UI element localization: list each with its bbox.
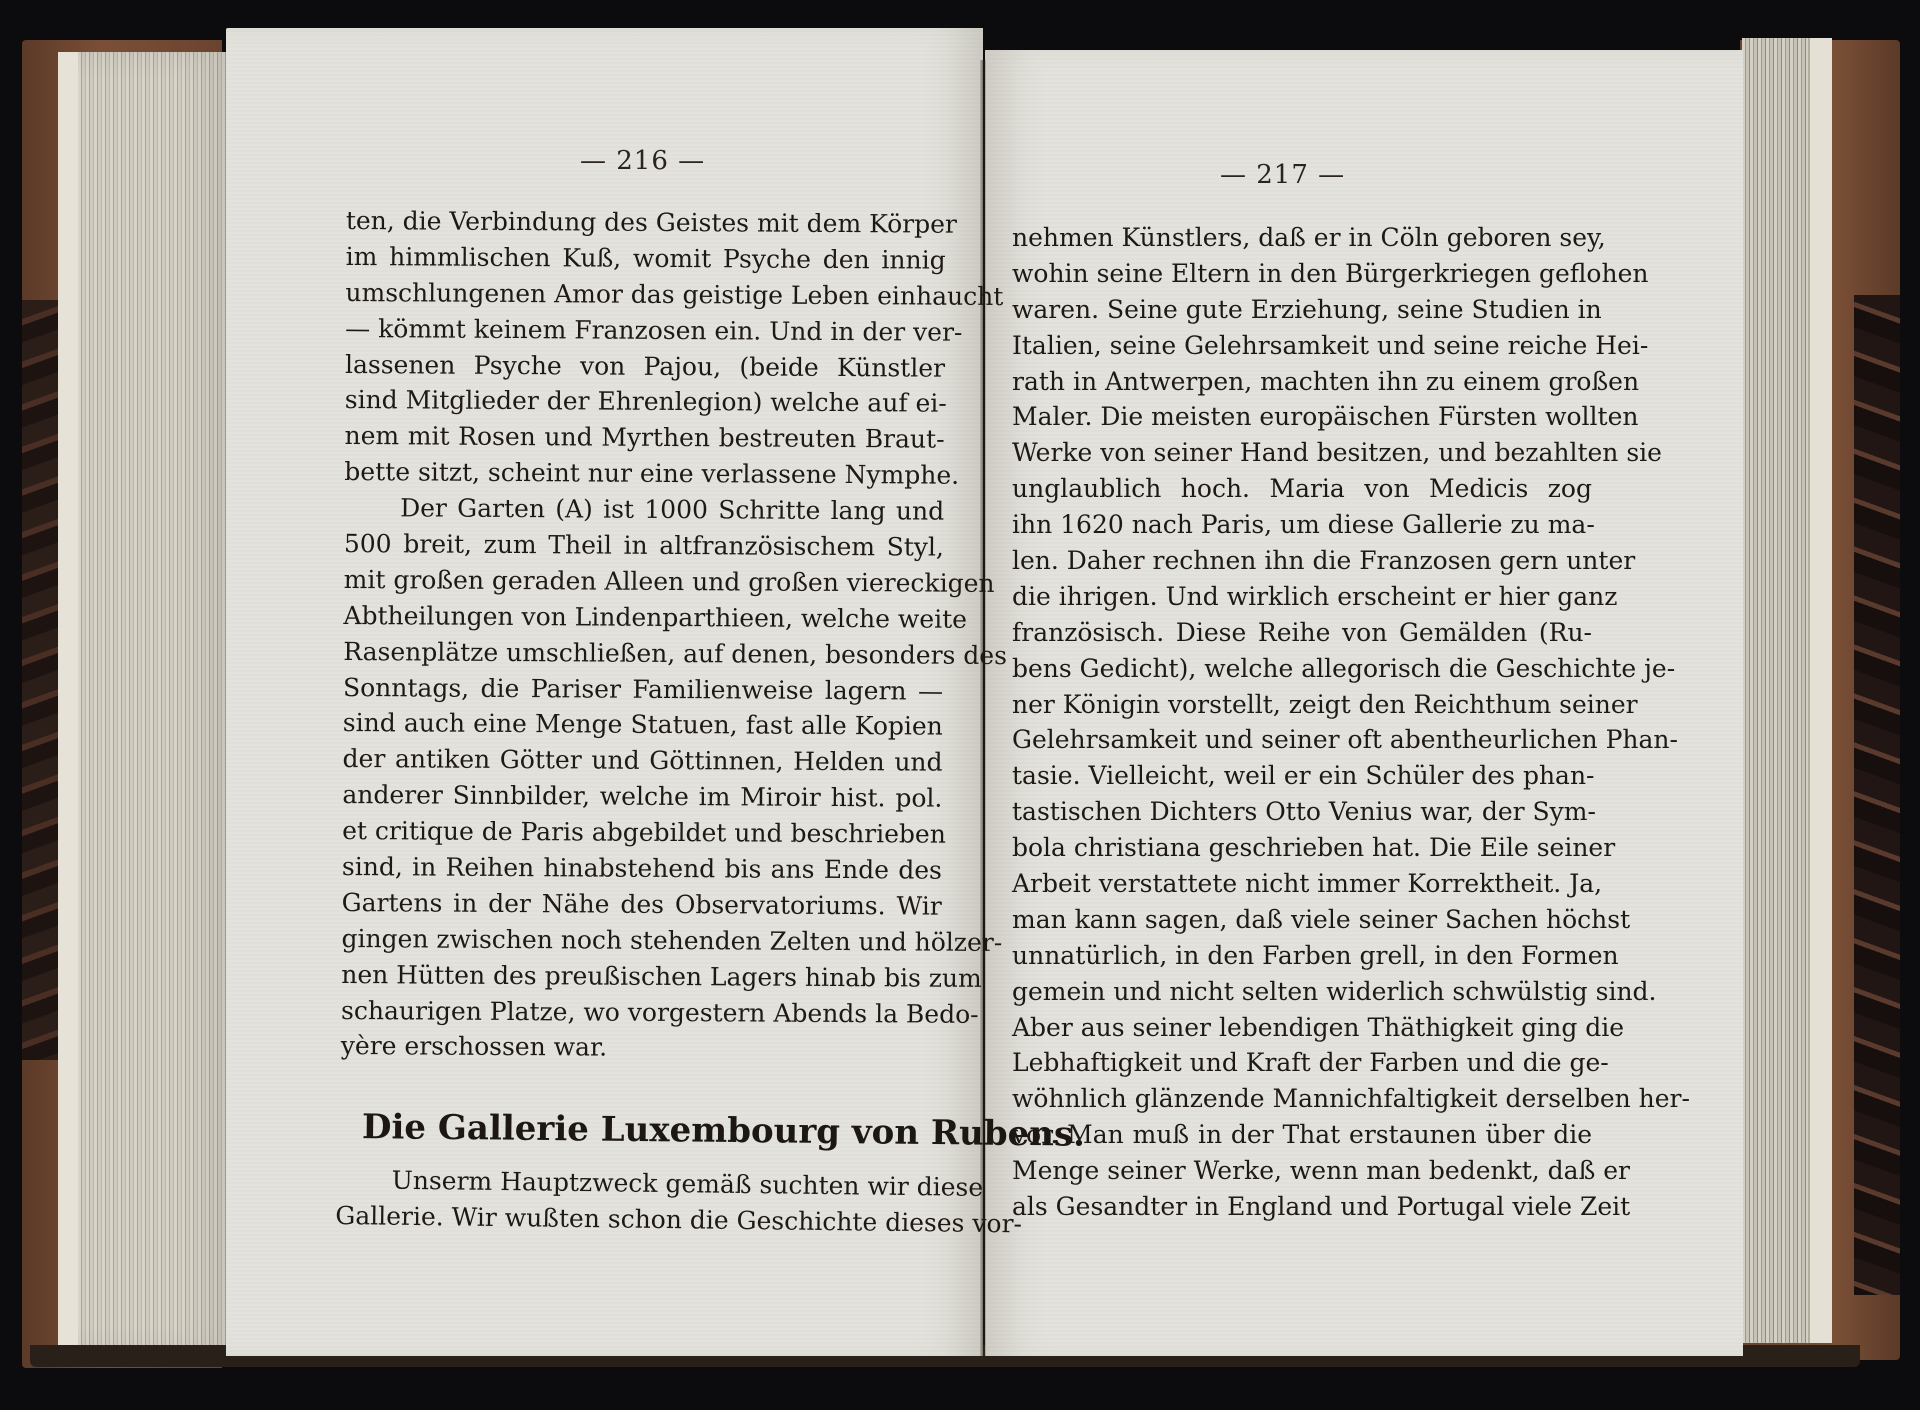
- text-line: bola christiana geschrieben hat. Die Eil…: [1012, 830, 1592, 866]
- text-line: ihn 1620 nach Paris, um diese Gallerie z…: [1012, 507, 1592, 543]
- text-line: anderer Sinnbilder, welche im Miroir his…: [342, 777, 942, 817]
- text-line: wöhnlich glänzende Mannichfaltigkeit der…: [1012, 1081, 1592, 1117]
- text-line: nem mit Rosen und Myrthen bestreuten Bra…: [344, 418, 944, 458]
- text-line: Werke von seiner Hand besitzen, und beza…: [1012, 435, 1592, 471]
- text-line: Arbeit verstattete nicht immer Korrekthe…: [1012, 866, 1592, 902]
- text-line: Italien, seine Gelehrsamkeit und seine r…: [1012, 328, 1592, 364]
- text-line: ten, die Verbindung des Geistes mit dem …: [346, 203, 946, 243]
- text-line: der antiken Götter und Göttinnen, Helden…: [342, 741, 942, 781]
- text-line: man kann sagen, daß viele seiner Sachen …: [1012, 902, 1592, 938]
- text-line: yère erschossen war.: [341, 1028, 941, 1068]
- left-flyleaf: [58, 52, 78, 1352]
- text-line: die ihrigen. Und wirklich erscheint er h…: [1012, 579, 1592, 615]
- left-page-body: ten, die Verbindung des Geistes mit dem …: [341, 203, 946, 1068]
- page-number-right: — 217 —: [1220, 160, 1345, 190]
- text-line: wohin seine Eltern in den Bürgerkriegen …: [1012, 256, 1592, 292]
- text-line: Menge seiner Werke, wenn man bedenkt, da…: [1012, 1153, 1592, 1189]
- text-line: lassenen Psyche von Pajou, (beide Künstl…: [345, 347, 945, 387]
- text-line: bens Gedicht), welche allegorisch die Ge…: [1012, 651, 1592, 687]
- text-line: unglaublich hoch. Maria von Medicis zog: [1012, 471, 1592, 507]
- text-line: im himmlischen Kuß, womit Psyche den inn…: [346, 239, 946, 279]
- text-line: 500 breit, zum Theil in altfranzösischem…: [344, 526, 944, 566]
- section-body: Unserm Hauptzweck gemäß suchten wir dies…: [335, 1162, 926, 1241]
- gutter: [980, 60, 986, 1356]
- text-line: umschlungenen Amor das geistige Leben ei…: [345, 275, 945, 315]
- text-line: unnatürlich, in den Farben grell, in den…: [1012, 938, 1592, 974]
- left-page-stack: [58, 52, 228, 1352]
- text-line: bette sitzt, scheint nur eine verlassene…: [344, 454, 944, 494]
- section-heading: Die Gallerie Luxembourg von Rubens.: [362, 1107, 922, 1153]
- text-line: tasie. Vielleicht, weil er ein Schüler d…: [1012, 758, 1592, 794]
- text-line: Der Garten (A) ist 1000 Schritte lang un…: [344, 490, 944, 530]
- page-number-left: — 216 —: [580, 146, 705, 176]
- right-page-body: nehmen Künstlers, daß er in Cöln geboren…: [1012, 220, 1592, 1225]
- text-line: sind Mitglieder der Ehrenlegion) welche …: [345, 382, 945, 422]
- text-line: Maler. Die meisten europäischen Fürsten …: [1012, 399, 1592, 435]
- text-line: sind auch eine Menge Statuen, fast alle …: [343, 705, 943, 745]
- text-line: — kömmt keinem Franzosen ein. Und in der…: [345, 311, 945, 351]
- text-line: mit großen geraden Alleen und großen vie…: [344, 562, 944, 602]
- text-line: Sonntags, die Pariser Familienweise lage…: [343, 670, 943, 710]
- marbled-board-right: [1854, 295, 1900, 1295]
- text-line: nen Hütten des preußischen Lagers hinab …: [341, 957, 941, 997]
- text-line: tastischen Dichters Otto Venius war, der…: [1012, 794, 1592, 830]
- text-line: Gelehrsamkeit und seiner oft abentheurli…: [1012, 722, 1592, 758]
- text-line: französisch. Diese Reihe von Gemälden (R…: [1012, 615, 1592, 651]
- text-line: Abtheilungen von Lindenparthieen, welche…: [343, 598, 943, 638]
- text-line: ner Königin vorstellt, zeigt den Reichth…: [1012, 687, 1592, 723]
- text-line: gemein und nicht selten widerlich schwül…: [1012, 974, 1592, 1010]
- text-line: waren. Seine gute Erziehung, seine Studi…: [1012, 292, 1592, 328]
- marbled-board-left: [22, 300, 58, 1060]
- text-line: Rasenplätze umschließen, auf denen, beso…: [343, 634, 943, 674]
- text-line: et critique de Paris abgebildet und besc…: [342, 813, 942, 853]
- right-page-stack: [1742, 38, 1832, 1343]
- text-line: Gallerie. Wir wußten schon die Geschicht…: [335, 1198, 925, 1241]
- text-line: Gartens in der Nähe des Observatoriums. …: [342, 885, 942, 925]
- text-line: len. Daher rechnen ihn die Franzosen ger…: [1012, 543, 1592, 579]
- text-line: Lebhaftigkeit und Kraft der Farben und d…: [1012, 1045, 1592, 1081]
- text-line: nehmen Künstlers, daß er in Cöln geboren…: [1012, 220, 1592, 256]
- right-flyleaf: [1808, 38, 1832, 1343]
- text-line: als Gesandter in England und Portugal vi…: [1012, 1189, 1592, 1225]
- text-line: sind, in Reihen hinabstehend bis ans End…: [342, 849, 942, 889]
- text-line: vor. Man muß in der That erstaunen über …: [1012, 1117, 1592, 1153]
- open-book: — 216 — — 217 — ten, die Verbindung des …: [0, 0, 1920, 1410]
- text-line: schaurigen Platze, wo vorgestern Abends …: [341, 993, 941, 1033]
- text-line: rath in Antwerpen, machten ihn zu einem …: [1012, 364, 1592, 400]
- text-line: Aber aus seiner lebendigen Thäthigkeit g…: [1012, 1010, 1592, 1046]
- text-line: gingen zwischen noch stehenden Zelten un…: [341, 921, 941, 961]
